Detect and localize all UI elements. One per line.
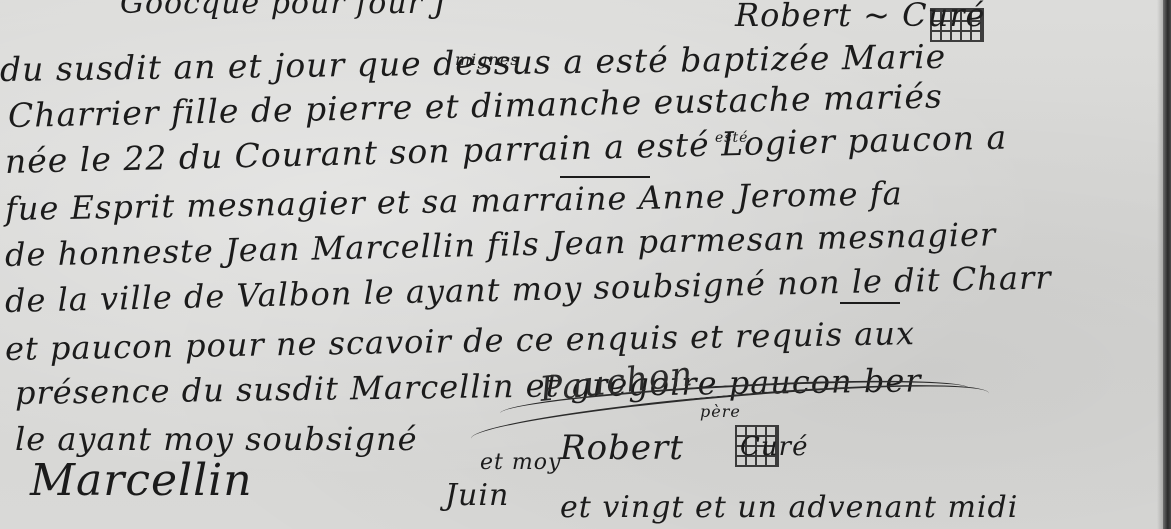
next-entry-month: Juin bbox=[445, 478, 509, 513]
signature-cure: Curé bbox=[740, 432, 808, 462]
manuscript-page: Goocque pour four J Robert ~ Curé du sus… bbox=[0, 0, 1171, 529]
header-left-text: Goocque pour four J bbox=[120, 0, 447, 21]
text-line-7: et paucon pour ne scavoir de ce enquis e… bbox=[5, 314, 916, 368]
signature-et-moy: et moy bbox=[480, 450, 561, 475]
signature-pere: père bbox=[700, 402, 741, 421]
text-line-9: le ayant moy soubsigné bbox=[15, 420, 418, 458]
strikethrough-2 bbox=[840, 302, 900, 304]
signature-robert: Robert bbox=[560, 428, 684, 468]
signature-marcellin: Marcellin bbox=[30, 455, 253, 506]
book-binding-edge bbox=[1163, 0, 1171, 529]
next-entry-text: et vingt et un advenant midi bbox=[560, 490, 1018, 525]
strikethrough-1 bbox=[560, 176, 650, 178]
interlinear-note-1: mignes bbox=[455, 50, 520, 69]
